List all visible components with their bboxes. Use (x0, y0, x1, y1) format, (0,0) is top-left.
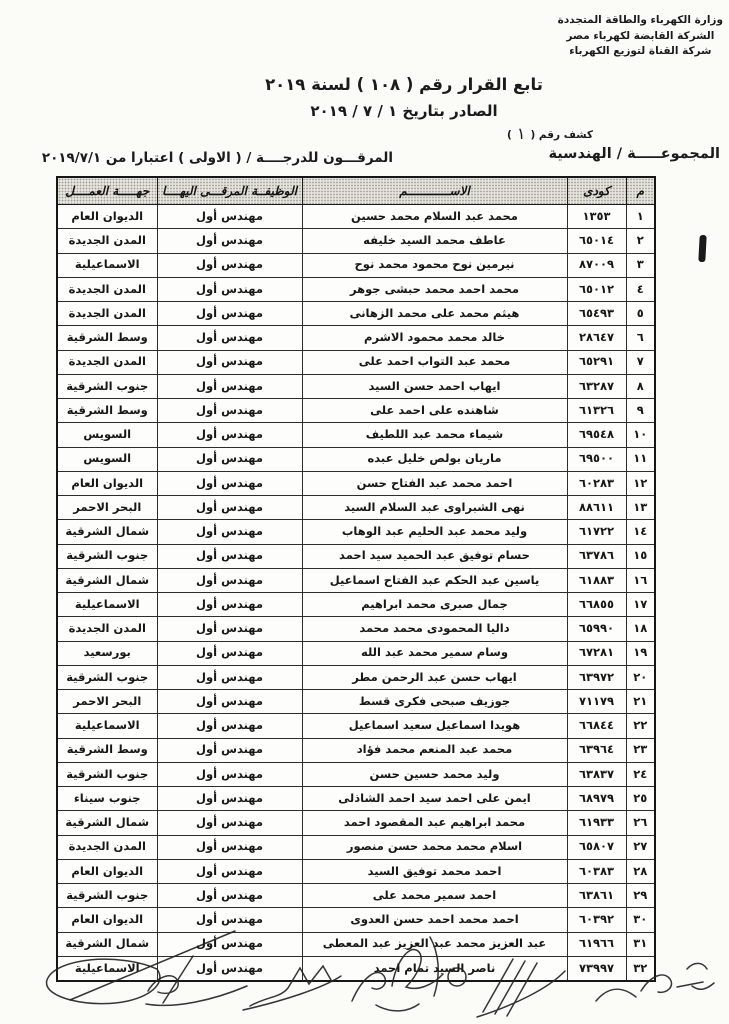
table-row: ٢٨ ٦٠٣٨٣ احمد محمد توفيق السيد مهندس أول… (57, 859, 655, 883)
row-workplace-cell: المدن الجديدة (57, 302, 157, 326)
row-workplace-cell: البحر الاحمر (57, 690, 157, 714)
row-code-cell: ١٣٥٣ (567, 205, 626, 229)
row-position-cell: مهندس أول (157, 326, 302, 350)
table-row: ٣ ٨٧٠٠٩ نيرمين نوح محمود محمد نوح مهندس … (57, 253, 655, 277)
row-workplace-cell: الديوان العام (57, 205, 157, 229)
row-index-cell: ٣١ (626, 932, 655, 956)
row-position-cell: مهندس أول (157, 253, 302, 277)
row-index-cell: ١٠ (626, 423, 655, 447)
ministry-line-3: شركة القناة لتوزيع الكهرباء (558, 44, 723, 60)
row-index-cell: ٢٩ (626, 884, 655, 908)
row-workplace-cell: الديوان العام (57, 859, 157, 883)
row-code-cell: ٦١٨٨٣ (567, 568, 626, 592)
row-position-cell: مهندس أول (157, 932, 302, 956)
row-workplace-cell: الاسماعيلية (57, 593, 157, 617)
row-index-cell: ٢٢ (626, 714, 655, 738)
row-position-cell: مهندس أول (157, 908, 302, 932)
row-index-cell: ٣٢ (626, 956, 655, 981)
row-index-cell: ١٨ (626, 617, 655, 641)
table-row: ٢١ ٧١١٧٩ جوزيف صبحى فكرى قسط مهندس أول ا… (57, 690, 655, 714)
row-name-cell: هيثم محمد على محمد الزهانى (302, 302, 567, 326)
row-position-cell: مهندس أول (157, 811, 302, 835)
row-index-cell: ٤ (626, 277, 655, 301)
list-number-prefix: كشف رقم ( (530, 129, 593, 141)
row-position-cell: مهندس أول (157, 665, 302, 689)
table-row: ٢٢ ٦٦٨٤٤ هويدا اسماعيل سعيد اسماعيل مهند… (57, 714, 655, 738)
table-row: ٢٥ ٦٨٩٧٩ ايمن على احمد سيد احمد الشاذلى … (57, 787, 655, 811)
row-code-cell: ٦١٩٣٣ (567, 811, 626, 835)
row-code-cell: ٦١٧٢٢ (567, 520, 626, 544)
row-index-cell: ٢٠ (626, 665, 655, 689)
row-position-cell: مهندس أول (157, 374, 302, 398)
row-name-cell: وسام سمير محمد عبد الله (302, 641, 567, 665)
row-name-cell: داليا المحمودى محمد محمد (302, 617, 567, 641)
row-workplace-cell: بورسعيد (57, 641, 157, 665)
row-index-cell: ٢ (626, 229, 655, 253)
row-name-cell: احمد محمد احمد حسن العدوى (302, 908, 567, 932)
row-position-cell: مهندس أول (157, 277, 302, 301)
table-row: ٢٠ ٦٣٩٧٢ ايهاب حسن عبد الرحمن مطر مهندس … (57, 665, 655, 689)
row-workplace-cell: المدن الجديدة (57, 617, 157, 641)
row-index-cell: ٦ (626, 326, 655, 350)
row-position-cell: مهندس أول (157, 205, 302, 229)
row-position-cell: مهندس أول (157, 544, 302, 568)
row-code-cell: ٦٥٠١٢ (567, 277, 626, 301)
row-position-cell: مهندس أول (157, 787, 302, 811)
table-header-row: م كودى الاســــــــــــم الوظيفــة المرق… (57, 177, 655, 205)
scanned-document-page: وزارة الكهرباء والطاقة المتجددة الشركة ا… (0, 0, 729, 1024)
row-index-cell: ١٦ (626, 568, 655, 592)
row-position-cell: مهندس أول (157, 762, 302, 786)
row-position-cell: مهندس أول (157, 884, 302, 908)
row-position-cell: مهندس أول (157, 690, 302, 714)
table-row: ١٣ ٨٨٦١١ نهى الشبراوى عبد السلام السيد م… (57, 496, 655, 520)
table-row: ٦ ٢٨٦٤٧ خالد محمد محمود الاشرم مهندس أول… (57, 326, 655, 350)
table-row: ٢٦ ٦١٩٣٣ محمد ابراهيم عبد المقصود احمد م… (57, 811, 655, 835)
row-position-cell: مهندس أول (157, 835, 302, 859)
row-workplace-cell: المدن الجديدة (57, 835, 157, 859)
table-row: ٢٩ ٦٣٨٦١ احمد سمير محمد على مهندس أول جن… (57, 884, 655, 908)
row-position-cell: مهندس أول (157, 738, 302, 762)
row-code-cell: ٦١٩٦٦ (567, 932, 626, 956)
table-row: ٢٧ ٦٥٨٠٧ اسلام محمد محمد حسن منصور مهندس… (57, 835, 655, 859)
row-name-cell: محمد عبد المنعم محمد فؤاد (302, 738, 567, 762)
row-position-cell: مهندس أول (157, 617, 302, 641)
row-code-cell: ٦٣٨٦١ (567, 884, 626, 908)
row-code-cell: ٦٥٤٩٣ (567, 302, 626, 326)
ministry-header: وزارة الكهرباء والطاقة المتجددة الشركة ا… (558, 13, 723, 60)
table-row: ٢٤ ٦٣٨٣٧ وليد محمد حسين حسن مهندس أول جن… (57, 762, 655, 786)
row-workplace-cell: الاسماعيلية (57, 714, 157, 738)
row-workplace-cell: جنوب سيناء (57, 787, 157, 811)
table-row: ٢ ٦٥٠١٤ عاطف محمد السيد خليفه مهندس أول … (57, 229, 655, 253)
row-index-cell: ٨ (626, 374, 655, 398)
row-code-cell: ٦٣٩٧٢ (567, 665, 626, 689)
row-position-cell: مهندس أول (157, 423, 302, 447)
row-index-cell: ١٩ (626, 641, 655, 665)
table-row: ٧ ٦٥٢٩١ محمد عبد التواب احمد على مهندس أ… (57, 350, 655, 374)
table-row: ٢٣ ٦٣٩٦٤ محمد عبد المنعم محمد فؤاد مهندس… (57, 738, 655, 762)
table-row: ١١ ٦٩٥٠٠ ماريان بولص خليل عبده مهندس أول… (57, 447, 655, 471)
row-position-cell: مهندس أول (157, 568, 302, 592)
row-code-cell: ٦٥٢٩١ (567, 350, 626, 374)
header-code: كودى (567, 177, 626, 205)
header-position: الوظيفــة المرقـــى اليهــــا (157, 177, 302, 205)
row-code-cell: ٦٥٩٩٠ (567, 617, 626, 641)
row-index-cell: ١٢ (626, 471, 655, 495)
row-name-cell: شاهنده على احمد على (302, 399, 567, 423)
row-name-cell: خالد محمد محمود الاشرم (302, 326, 567, 350)
row-name-cell: وليد محمد عبد الحليم عبد الوهاب (302, 520, 567, 544)
row-name-cell: احمد محمد توفيق السيد (302, 859, 567, 883)
row-code-cell: ٨٧٠٠٩ (567, 253, 626, 277)
row-index-cell: ١٧ (626, 593, 655, 617)
table-row: ١٥ ٦٣٧٨٦ حسام توفيق عبد الحميد سيد احمد … (57, 544, 655, 568)
row-code-cell: ٦٨٩٧٩ (567, 787, 626, 811)
row-name-cell: نهى الشبراوى عبد السلام السيد (302, 496, 567, 520)
row-code-cell: ٧١١٧٩ (567, 690, 626, 714)
table-row: ١٦ ٦١٨٨٣ ياسين عبد الحكم عبد الفتاح اسما… (57, 568, 655, 592)
table-row: ٣٢ ٧٣٩٩٧ ناصر السيد تمام احمد مهندس أول … (57, 956, 655, 981)
row-name-cell: محمد عبد السلام محمد حسين (302, 205, 567, 229)
row-position-cell: مهندس أول (157, 956, 302, 981)
row-workplace-cell: الاسماعيلية (57, 253, 157, 277)
row-workplace-cell: جنوب الشرقية (57, 544, 157, 568)
row-name-cell: جوزيف صبحى فكرى قسط (302, 690, 567, 714)
table-row: ٣٠ ٦٠٣٩٢ احمد محمد احمد حسن العدوى مهندس… (57, 908, 655, 932)
row-code-cell: ٦٥٠١٤ (567, 229, 626, 253)
promotion-table: م كودى الاســــــــــــم الوظيفــة المرق… (56, 176, 656, 982)
row-code-cell: ٦٣٩٦٤ (567, 738, 626, 762)
row-workplace-cell: الديوان العام (57, 908, 157, 932)
row-name-cell: ياسين عبد الحكم عبد الفتاح اسماعيل (302, 568, 567, 592)
row-position-cell: مهندس أول (157, 447, 302, 471)
row-code-cell: ٦٩٥٠٠ (567, 447, 626, 471)
row-index-cell: ١ (626, 205, 655, 229)
row-workplace-cell: الديوان العام (57, 471, 157, 495)
table-row: ٥ ٦٥٤٩٣ هيثم محمد على محمد الزهانى مهندس… (57, 302, 655, 326)
issued-date-line: الصادر بتاريخ ١ / ٧ / ٢٠١٩ (225, 102, 583, 120)
row-code-cell: ٦٥٨٠٧ (567, 835, 626, 859)
row-workplace-cell: شمال الشرقية (57, 520, 157, 544)
row-code-cell: ٨٨٦١١ (567, 496, 626, 520)
row-index-cell: ٣٠ (626, 908, 655, 932)
row-name-cell: محمد ابراهيم عبد المقصود احمد (302, 811, 567, 835)
row-code-cell: ٦٠٢٨٣ (567, 471, 626, 495)
row-code-cell: ٦٣٢٨٧ (567, 374, 626, 398)
row-code-cell: ٦٣٨٣٧ (567, 762, 626, 786)
row-index-cell: ٣ (626, 253, 655, 277)
row-index-cell: ٥ (626, 302, 655, 326)
row-workplace-cell: الاسماعيلية (57, 956, 157, 981)
row-workplace-cell: السويس (57, 423, 157, 447)
row-workplace-cell: وسط الشرقية (57, 399, 157, 423)
row-position-cell: مهندس أول (157, 593, 302, 617)
table-body: ١ ١٣٥٣ محمد عبد السلام محمد حسين مهندس أ… (57, 205, 655, 982)
row-name-cell: وليد محمد حسين حسن (302, 762, 567, 786)
list-number-value: ١ (512, 124, 531, 143)
row-code-cell: ٦٦٨٤٤ (567, 714, 626, 738)
row-name-cell: جمال صبرى محمد ابراهيم (302, 593, 567, 617)
row-index-cell: ٢٤ (626, 762, 655, 786)
row-code-cell: ٦١٣٢٦ (567, 399, 626, 423)
row-name-cell: ايهاب احمد حسن السيد (302, 374, 567, 398)
header-name: الاســــــــــــم (302, 177, 567, 205)
header-index: م (626, 177, 655, 205)
row-index-cell: ١١ (626, 447, 655, 471)
row-code-cell: ٦٦٨٥٥ (567, 593, 626, 617)
row-code-cell: ٦٧٢٨١ (567, 641, 626, 665)
row-code-cell: ٦٩٥٤٨ (567, 423, 626, 447)
row-position-cell: مهندس أول (157, 496, 302, 520)
row-index-cell: ٧ (626, 350, 655, 374)
row-workplace-cell: شمال الشرقية (57, 932, 157, 956)
row-workplace-cell: البحر الاحمر (57, 496, 157, 520)
row-workplace-cell: جنوب الشرقية (57, 665, 157, 689)
table-row: ٨ ٦٣٢٨٧ ايهاب احمد حسن السيد مهندس أول ج… (57, 374, 655, 398)
row-index-cell: ٢٨ (626, 859, 655, 883)
row-name-cell: شيماء محمد عبد اللطيف (302, 423, 567, 447)
row-name-cell: عاطف محمد السيد خليفه (302, 229, 567, 253)
row-workplace-cell: شمال الشرقية (57, 568, 157, 592)
promotion-grade-line: المرقـــون للدرجــــة / ( الاولى ) اعتبا… (42, 150, 393, 166)
row-code-cell: ٦٣٧٨٦ (567, 544, 626, 568)
table-row: ١٧ ٦٦٨٥٥ جمال صبرى محمد ابراهيم مهندس أو… (57, 593, 655, 617)
group-line: المجموعـــــة / الهندسية (548, 146, 720, 162)
row-name-cell: ايمن على احمد سيد احمد الشاذلى (302, 787, 567, 811)
table-row: ١٩ ٦٧٢٨١ وسام سمير محمد عبد الله مهندس أ… (57, 641, 655, 665)
row-position-cell: مهندس أول (157, 229, 302, 253)
table-row: ١٤ ٦١٧٢٢ وليد محمد عبد الحليم عبد الوهاب… (57, 520, 655, 544)
row-code-cell: ٧٣٩٩٧ (567, 956, 626, 981)
table-row: ٤ ٦٥٠١٢ محمد احمد محمد حبشى جوهر مهندس أ… (57, 277, 655, 301)
row-name-cell: ماريان بولص خليل عبده (302, 447, 567, 471)
table-row: ٣١ ٦١٩٦٦ عبد العزيز محمد عبد العزيز عبد … (57, 932, 655, 956)
row-position-cell: مهندس أول (157, 714, 302, 738)
row-code-cell: ٦٠٣٨٣ (567, 859, 626, 883)
row-workplace-cell: المدن الجديدة (57, 277, 157, 301)
ministry-line-2: الشركة القابضة لكهرباء مصر (558, 29, 723, 45)
row-index-cell: ٢٣ (626, 738, 655, 762)
decision-title-block: تابع القرار رقم ( ١٠٨ ) لسنة ٢٠١٩ الصادر… (225, 75, 583, 120)
table-row: ٩ ٦١٣٢٦ شاهنده على احمد على مهندس أول وس… (57, 399, 655, 423)
row-name-cell: نيرمين نوح محمود محمد نوح (302, 253, 567, 277)
row-name-cell: محمد عبد التواب احمد على (302, 350, 567, 374)
row-code-cell: ٢٨٦٤٧ (567, 326, 626, 350)
row-index-cell: ٩ (626, 399, 655, 423)
row-index-cell: ١٥ (626, 544, 655, 568)
row-name-cell: ايهاب حسن عبد الرحمن مطر (302, 665, 567, 689)
row-position-cell: مهندس أول (157, 471, 302, 495)
row-name-cell: محمد احمد محمد حبشى جوهر (302, 277, 567, 301)
list-number-line: كشف رقم (١) (507, 123, 593, 142)
row-name-cell: احمد سمير محمد على (302, 884, 567, 908)
row-code-cell: ٦٠٣٩٢ (567, 908, 626, 932)
row-workplace-cell: وسط الشرقية (57, 326, 157, 350)
row-position-cell: مهندس أول (157, 641, 302, 665)
row-index-cell: ٢٧ (626, 835, 655, 859)
header-workplace: جهـــــة العمــــل (57, 177, 157, 205)
row-position-cell: مهندس أول (157, 520, 302, 544)
row-index-cell: ٢٥ (626, 787, 655, 811)
row-workplace-cell: السويس (57, 447, 157, 471)
row-name-cell: احمد محمد عبد الفتاح حسن (302, 471, 567, 495)
table-row: ١ ١٣٥٣ محمد عبد السلام محمد حسين مهندس أ… (57, 205, 655, 229)
row-workplace-cell: شمال الشرقية (57, 811, 157, 835)
table-row: ١٨ ٦٥٩٩٠ داليا المحمودى محمد محمد مهندس … (57, 617, 655, 641)
row-name-cell: حسام توفيق عبد الحميد سيد احمد (302, 544, 567, 568)
table-row: ١٠ ٦٩٥٤٨ شيماء محمد عبد اللطيف مهندس أول… (57, 423, 655, 447)
row-position-cell: مهندس أول (157, 859, 302, 883)
row-position-cell: مهندس أول (157, 302, 302, 326)
row-index-cell: ١٣ (626, 496, 655, 520)
row-name-cell: اسلام محمد محمد حسن منصور (302, 835, 567, 859)
row-index-cell: ١٤ (626, 520, 655, 544)
row-position-cell: مهندس أول (157, 399, 302, 423)
ministry-line-1: وزارة الكهرباء والطاقة المتجددة (558, 13, 723, 29)
ink-smudge (698, 235, 706, 262)
row-index-cell: ٢٦ (626, 811, 655, 835)
decision-title: تابع القرار رقم ( ١٠٨ ) لسنة ٢٠١٩ (225, 75, 583, 94)
row-position-cell: مهندس أول (157, 350, 302, 374)
table-row: ١٢ ٦٠٢٨٣ احمد محمد عبد الفتاح حسن مهندس … (57, 471, 655, 495)
row-name-cell: ناصر السيد تمام احمد (302, 956, 567, 981)
row-workplace-cell: وسط الشرقية (57, 738, 157, 762)
row-name-cell: هويدا اسماعيل سعيد اسماعيل (302, 714, 567, 738)
row-workplace-cell: المدن الجديدة (57, 229, 157, 253)
row-workplace-cell: المدن الجديدة (57, 350, 157, 374)
row-workplace-cell: جنوب الشرقية (57, 762, 157, 786)
row-workplace-cell: جنوب الشرقية (57, 884, 157, 908)
row-workplace-cell: جنوب الشرقية (57, 374, 157, 398)
row-index-cell: ٢١ (626, 690, 655, 714)
row-name-cell: عبد العزيز محمد عبد العزيز عبد المعطى (302, 932, 567, 956)
